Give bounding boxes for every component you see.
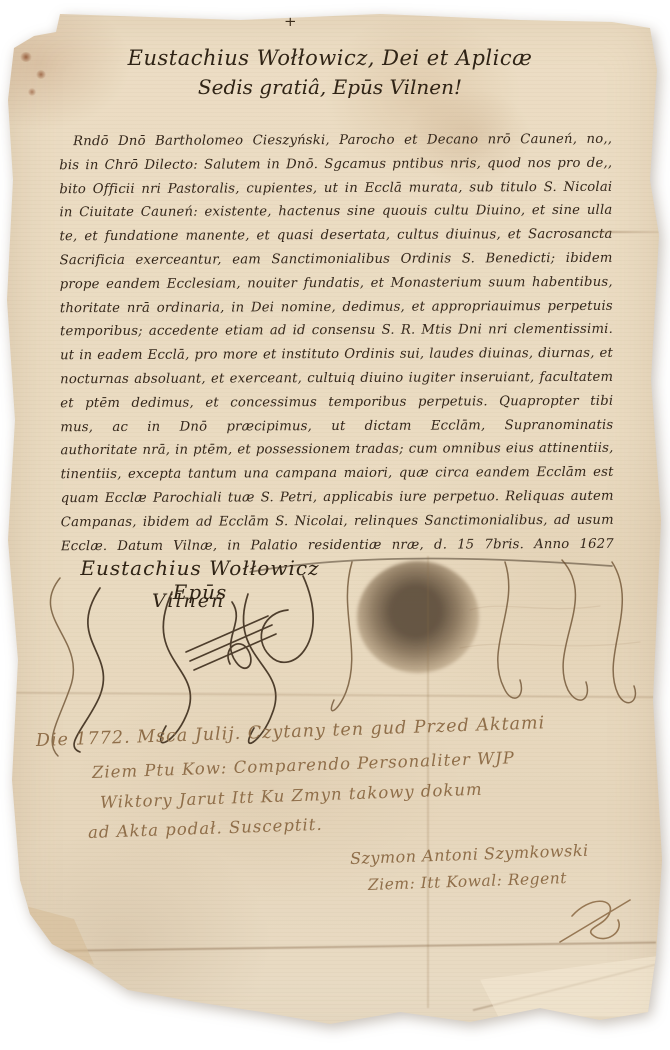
- body-line: Sacrificia exerceantur, eam Sanctimonial…: [60, 247, 613, 273]
- wax-remnant: [20, 52, 32, 62]
- body-line: bito Officii nri Pastoralis, cupientes, …: [59, 175, 612, 201]
- invocation-cross: +: [284, 12, 297, 30]
- scan-canvas: + Eustachius Wołłowicz, Dei et Aplicæ Se…: [0, 0, 670, 1050]
- body-line: prope eandem Ecclesiam, nouiter fundatis…: [60, 271, 613, 297]
- fold-crease-middle: [12, 692, 657, 699]
- annotation-1772-line-3: Wiktory Jarut Itt Ku Zmyn takowy dokum: [100, 780, 483, 812]
- wax-remnant: [28, 88, 36, 96]
- body-line: tinentiis, excepta tantum una campana ma…: [61, 461, 614, 487]
- heading-line-1: Eustachius Wołłowicz, Dei et Aplicæ: [110, 46, 550, 70]
- body-line: mus, ac in Dnō præcipimus, ut dictam Ecc…: [60, 413, 613, 439]
- ghost-bleedthrough: [460, 606, 640, 648]
- body-line: bis in Chrō Dilecto: Salutem in Dnō. Sgc…: [59, 152, 612, 178]
- registrar-paraph: [560, 900, 630, 942]
- body-text-block: Rndō Dnō Bartholomeo Cieszyński, Parocho…: [59, 128, 614, 559]
- body-line: ut in eadem Ecclā, pro more et instituto…: [60, 342, 613, 368]
- body-line: nocturnas absoluant, et exerceant, cultu…: [60, 366, 613, 392]
- body-line: authoritate nrā, in ptēm, et possessione…: [60, 437, 613, 463]
- folded-edge-bottom-right: [480, 955, 665, 1017]
- body-line: et ptēm dedimus, et concessimus temporib…: [60, 390, 613, 416]
- heading-line-2: Sedis gratiâ, Epūs Vilnen!: [110, 75, 550, 99]
- annotation-1772-line-4: ad Akta podał. Susceptit.: [88, 815, 323, 842]
- document-heading: Eustachius Wołłowicz, Dei et Aplicæ Sedi…: [110, 46, 550, 99]
- registrar-signature-line-1: Szymon Antoni Szymkowski: [350, 841, 589, 868]
- annotation-1772-line-2: Ziem Ptu Kow: Comparendo Personaliter WJ…: [92, 748, 515, 782]
- body-line: te, et fundatione manente, et quasi dese…: [59, 223, 612, 249]
- registrar-signature-line-2: Ziem: Itt Kowal: Regent: [368, 869, 568, 894]
- body-line: quam Ecclæ Parochiali tuæ S. Petri, appl…: [61, 485, 614, 511]
- wax-seal-stain: [357, 561, 479, 673]
- bishop-signature-line-2: Vilneń: [152, 590, 225, 612]
- wax-remnant: [36, 70, 46, 79]
- body-line: Campanas, ibidem ad Ecclām S. Nicolai, r…: [61, 509, 614, 535]
- paper-shadow: + Eustachius Wołłowicz, Dei et Aplicæ Se…: [0, 0, 670, 1050]
- body-line: in Ciuitate Cauneń: existente, hactenus …: [59, 199, 612, 225]
- torn-corner-bottom-left: [18, 898, 98, 968]
- body-line: temporibus; accedente etiam ad id consen…: [60, 318, 613, 344]
- manuscript-paper: + Eustachius Wołłowicz, Dei et Aplicæ Se…: [0, 0, 670, 1050]
- fold-crease-bottom: [16, 942, 656, 953]
- body-line: thoritate nrā ordinaria, in Dei nomine, …: [60, 294, 613, 320]
- body-line: Ecclæ. Datum Vilnæ, in Palatio residenti…: [61, 532, 614, 558]
- body-line: Rndō Dnō Bartholomeo Cieszyński, Parocho…: [59, 128, 612, 154]
- annotation-1772-line-1: Die 1772. Msca Julij. Czytany ten gud Pr…: [36, 713, 546, 751]
